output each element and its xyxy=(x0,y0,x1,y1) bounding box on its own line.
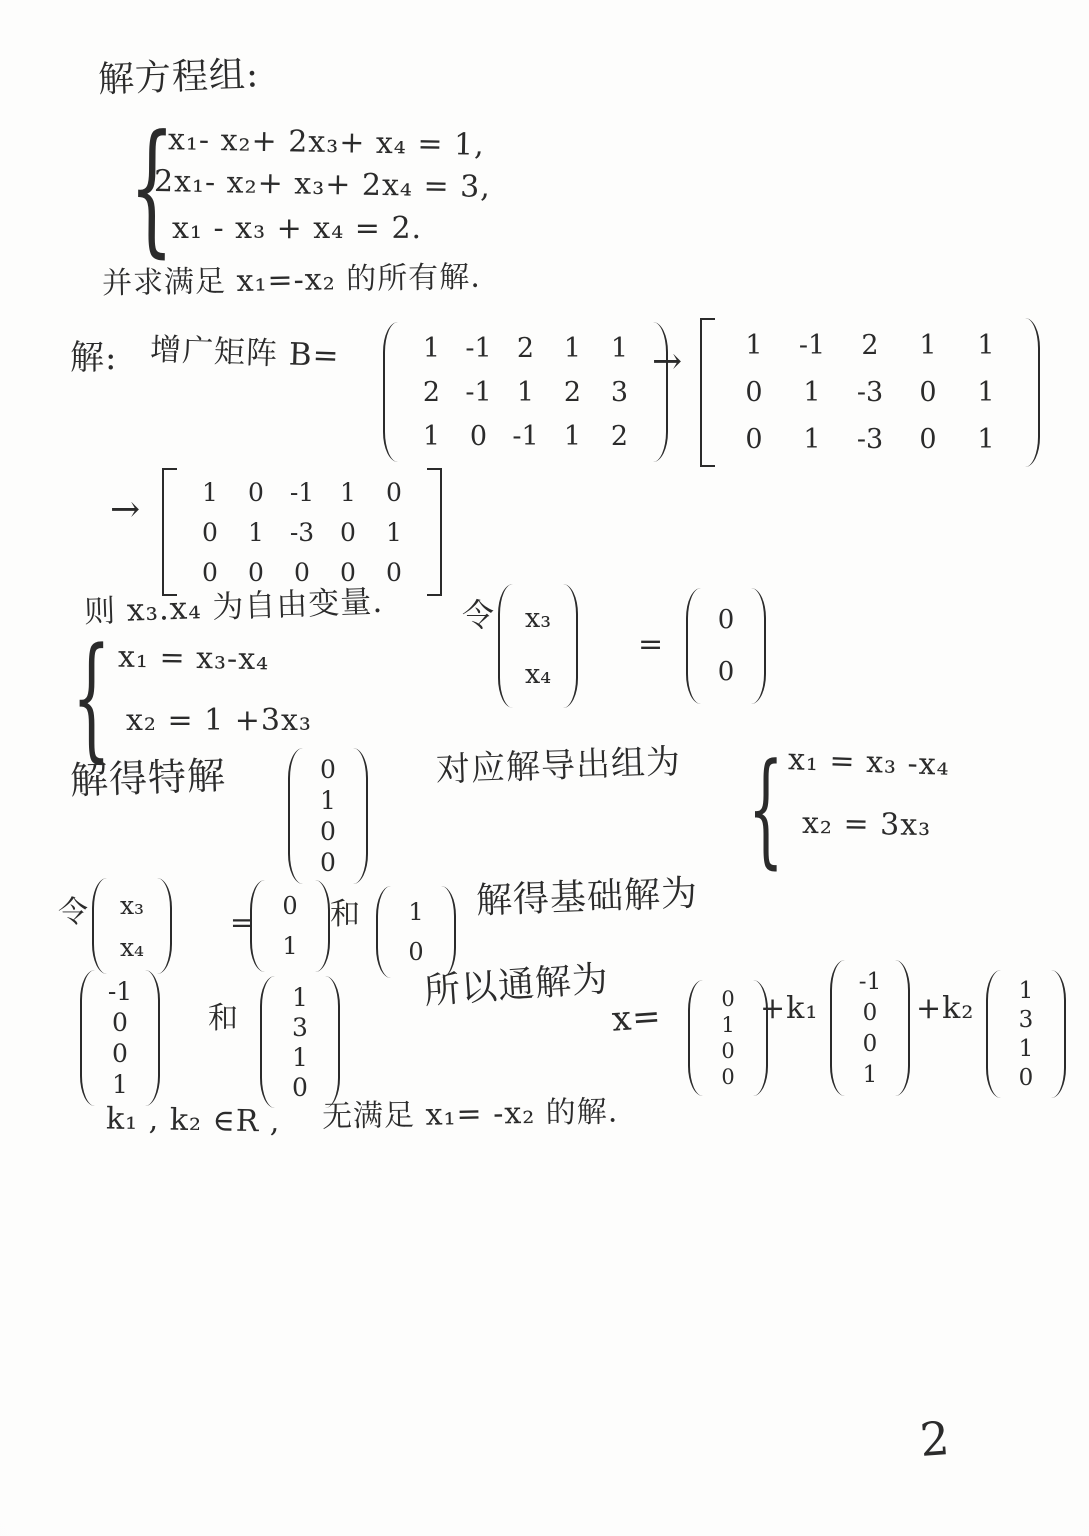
matrix-cell: 2 xyxy=(596,414,643,458)
vector-x3x4: x₃x₄ xyxy=(498,584,578,708)
vector-cell: 1 xyxy=(1013,976,1039,1005)
vector-cell: 0 xyxy=(107,1038,133,1069)
matrix-row: 01-301 xyxy=(725,369,1015,416)
vector-cell: 0 xyxy=(713,646,739,698)
derived-brace: { xyxy=(748,748,784,871)
matrix-b: 1-12112-112310-112 xyxy=(383,322,668,462)
paren-left xyxy=(688,980,703,1096)
augmented-matrix-label: 增广矩阵 B= xyxy=(149,333,340,374)
paren-left xyxy=(92,878,107,974)
vector-x3x4: x₃x₄ xyxy=(92,878,172,974)
vector-cell: 0 xyxy=(715,986,741,1012)
vector-basis-2: 1310 xyxy=(260,976,340,1108)
task-line: 并求满足 x₁=-x₂ 的所有解. xyxy=(102,261,481,301)
equation-3: x₁ - x₃ + x₄ = 2. xyxy=(172,212,422,245)
vector-body: 1310 xyxy=(1001,970,1051,1098)
paren-right xyxy=(441,886,456,978)
vector-cell: 1 xyxy=(403,892,429,932)
bracket-right xyxy=(427,468,442,596)
paren-right xyxy=(895,960,910,1096)
free-variables-line: 则 x₃.x₄ 为自由变量. xyxy=(83,585,383,630)
vector-cell: 1 xyxy=(277,926,303,966)
matrix-cell: 0 xyxy=(233,552,279,592)
paren-right xyxy=(563,584,578,708)
matrix-cell: 1 xyxy=(957,369,1015,416)
matrix-cell: 1 xyxy=(549,326,596,370)
solved-equation-2: x₂ = 1 +3x₃ xyxy=(126,704,312,737)
matrix-row: 10-110 xyxy=(187,472,417,512)
matrix-row: 01-301 xyxy=(725,416,1015,463)
matrix-cell: 1 xyxy=(549,414,596,458)
vector-body: 01 xyxy=(265,880,315,972)
matrix-cell: 1 xyxy=(783,369,841,416)
vector-cell: 1 xyxy=(287,982,313,1012)
vector-cell: 0 xyxy=(715,1064,741,1090)
paren-right xyxy=(353,748,368,884)
matrix-body: 10-11001-30100000 xyxy=(177,468,427,596)
vector-body: 0100 xyxy=(703,980,753,1096)
bracket-left xyxy=(700,318,715,467)
matrix-cell: 0 xyxy=(455,414,502,458)
matrix-row: 10-112 xyxy=(408,414,643,458)
paren-left xyxy=(498,584,513,708)
matrix-cell: -1 xyxy=(455,370,502,414)
equation-1: x₁- x₂+ 2x₃+ x₄ = 1, xyxy=(168,123,485,162)
bracket-left xyxy=(162,468,177,596)
vector-general-basis-2: 1310 xyxy=(986,970,1066,1098)
matrix-cell: 1 xyxy=(408,414,455,458)
paren-left xyxy=(260,976,275,1108)
page-number: 2 xyxy=(918,1413,952,1466)
matrix-cell: 0 xyxy=(725,416,783,463)
paren-left xyxy=(250,880,265,972)
matrix-cell: 2 xyxy=(502,326,549,370)
matrix-cell: 3 xyxy=(596,370,643,414)
vector-cell: x₄ xyxy=(119,926,145,968)
vector-cell: 0 xyxy=(315,816,341,847)
vector-basis-1: -1001 xyxy=(80,970,160,1106)
matrix-body: 1-12112-112310-112 xyxy=(398,322,653,462)
arrow-icon: → xyxy=(652,342,683,382)
vector-cell: 3 xyxy=(1013,1005,1039,1034)
paren-right xyxy=(325,976,340,1108)
vector-cell: x₃ xyxy=(119,884,145,926)
matrix-step2: 10-11001-30100000 xyxy=(162,468,442,596)
arrow-icon: → xyxy=(110,490,141,530)
bracket-right xyxy=(1025,318,1040,467)
matrix-cell: 1 xyxy=(783,416,841,463)
matrix-cell: -3 xyxy=(841,416,899,463)
matrix-cell: 0 xyxy=(371,472,417,512)
bracket-left xyxy=(383,322,398,462)
matrix-cell: 1 xyxy=(957,322,1015,369)
plus-k1-term: +k₁ xyxy=(760,992,818,1025)
vector-cell: 0 xyxy=(315,847,341,878)
vector-cell: -1 xyxy=(107,976,133,1007)
paren-left xyxy=(986,970,1001,1098)
vector-cell: 0 xyxy=(107,1007,133,1038)
vector-cell: 1 xyxy=(715,1012,741,1038)
vector-cell: 0 xyxy=(857,1028,883,1059)
matrix-cell: 1 xyxy=(725,322,783,369)
paren-left xyxy=(288,748,303,884)
conclusion-no-solution: 无满足 x₁= -x₂ 的解. xyxy=(322,1095,619,1133)
matrix-step1: 1-121101-30101-301 xyxy=(700,318,1040,467)
vector-cell: 0 xyxy=(277,886,303,926)
conclusion-k-range: k₁ , k₂ ∈R , xyxy=(106,1102,281,1138)
matrix-cell: -1 xyxy=(502,414,549,458)
vector-cell: 0 xyxy=(713,594,739,646)
vector-10: 10 xyxy=(376,886,456,978)
vector-particular: 0100 xyxy=(288,748,368,884)
vector-cell: 3 xyxy=(287,1012,313,1042)
matrix-cell: 1 xyxy=(325,472,371,512)
and-label: 和 xyxy=(330,898,361,931)
vector-body: -1001 xyxy=(845,960,895,1096)
vector-cell: 0 xyxy=(403,932,429,972)
vector-body: 00 xyxy=(701,588,751,704)
solve-label: 解: xyxy=(70,340,117,377)
paren-left xyxy=(376,886,391,978)
paren-right xyxy=(751,588,766,704)
vector-body: 10 xyxy=(391,886,441,978)
vector-cell: 1 xyxy=(107,1069,133,1100)
derived-equation-1: x₁ = x₃ -x₄ xyxy=(787,743,950,782)
vector-cell: x₄ xyxy=(525,646,551,702)
matrix-cell: 1 xyxy=(596,326,643,370)
vector-body: -1001 xyxy=(95,970,145,1106)
matrix-cell: -3 xyxy=(841,369,899,416)
matrix-row: 2-1123 xyxy=(408,370,643,414)
solved-brace: { xyxy=(72,630,111,764)
vector-general-particular: 0100 xyxy=(688,980,768,1096)
matrix-cell: -1 xyxy=(279,472,325,512)
handwritten-worksheet-page: 解方程组: { x₁- x₂+ 2x₃+ x₄ = 1, 2x₁- x₂+ x₃… xyxy=(0,0,1089,1536)
paren-right xyxy=(315,880,330,972)
matrix-cell: 1 xyxy=(408,326,455,370)
vector-body: 1310 xyxy=(275,976,325,1108)
derived-equation-2: x₂ = 3x₃ xyxy=(802,807,932,842)
matrix-cell: -1 xyxy=(455,326,502,370)
matrix-cell: -3 xyxy=(279,512,325,552)
paren-right xyxy=(1051,970,1066,1098)
paren-left xyxy=(830,960,845,1096)
vector-zero: 00 xyxy=(686,588,766,704)
vector-01: 01 xyxy=(250,880,330,972)
matrix-cell: 2 xyxy=(841,322,899,369)
matrix-cell: 1 xyxy=(371,512,417,552)
matrix-row: 01-301 xyxy=(187,512,417,552)
matrix-cell: 0 xyxy=(725,369,783,416)
paren-right xyxy=(145,970,160,1106)
matrix-cell: 0 xyxy=(899,369,957,416)
matrix-row: 1-1211 xyxy=(725,322,1015,369)
paren-left xyxy=(686,588,701,704)
matrix-cell: -1 xyxy=(783,322,841,369)
vector-cell: 1 xyxy=(287,1042,313,1072)
matrix-cell: 1 xyxy=(957,416,1015,463)
vector-cell: x₃ xyxy=(525,590,551,646)
matrix-cell: 1 xyxy=(187,472,233,512)
vector-general-basis-1: -1001 xyxy=(830,960,910,1096)
matrix-cell: 2 xyxy=(408,370,455,414)
equals-sign: = xyxy=(638,628,664,661)
particular-solution-label: 解得特解 xyxy=(69,755,226,802)
paren-right xyxy=(157,878,172,974)
vector-body: 0100 xyxy=(303,748,353,884)
matrix-cell: 0 xyxy=(233,472,279,512)
let-label: 令 xyxy=(58,896,89,929)
matrix-cell: 0 xyxy=(187,552,233,592)
vector-cell: 0 xyxy=(315,754,341,785)
vector-cell: -1 xyxy=(857,966,883,997)
matrix-cell: 1 xyxy=(233,512,279,552)
matrix-cell: 2 xyxy=(549,370,596,414)
matrix-cell: 0 xyxy=(899,416,957,463)
matrix-cell: 0 xyxy=(187,512,233,552)
page-title: 解方程组: xyxy=(97,55,259,100)
plus-k2-term: +k₂ xyxy=(916,992,974,1025)
derived-system-label: 对应解导出组为 xyxy=(435,744,681,790)
matrix-row: 1-1211 xyxy=(408,326,643,370)
let-label: 令 xyxy=(462,598,495,633)
and-label: 和 xyxy=(208,1002,239,1035)
solved-equation-1: x₁ = x₃-x₄ xyxy=(118,641,270,677)
matrix-cell: 1 xyxy=(899,322,957,369)
equation-2: 2x₁- x₂+ x₃+ 2x₄ = 3, xyxy=(154,165,491,204)
vector-cell: 0 xyxy=(857,997,883,1028)
x-equals: x= xyxy=(611,998,663,1039)
basis-solutions-label: 解得基础解为 xyxy=(475,874,698,921)
vector-body: x₃x₄ xyxy=(107,878,157,974)
vector-cell: 1 xyxy=(1013,1034,1039,1063)
vector-cell: 0 xyxy=(1013,1063,1039,1092)
matrix-body: 1-121101-30101-301 xyxy=(715,318,1025,467)
vector-cell: 1 xyxy=(315,785,341,816)
vector-cell: 1 xyxy=(857,1059,883,1090)
vector-body: x₃x₄ xyxy=(513,584,563,708)
matrix-cell: 1 xyxy=(502,370,549,414)
vector-cell: 0 xyxy=(715,1038,741,1064)
matrix-cell: 0 xyxy=(325,512,371,552)
vector-cell: 0 xyxy=(287,1072,313,1102)
paren-left xyxy=(80,970,95,1106)
